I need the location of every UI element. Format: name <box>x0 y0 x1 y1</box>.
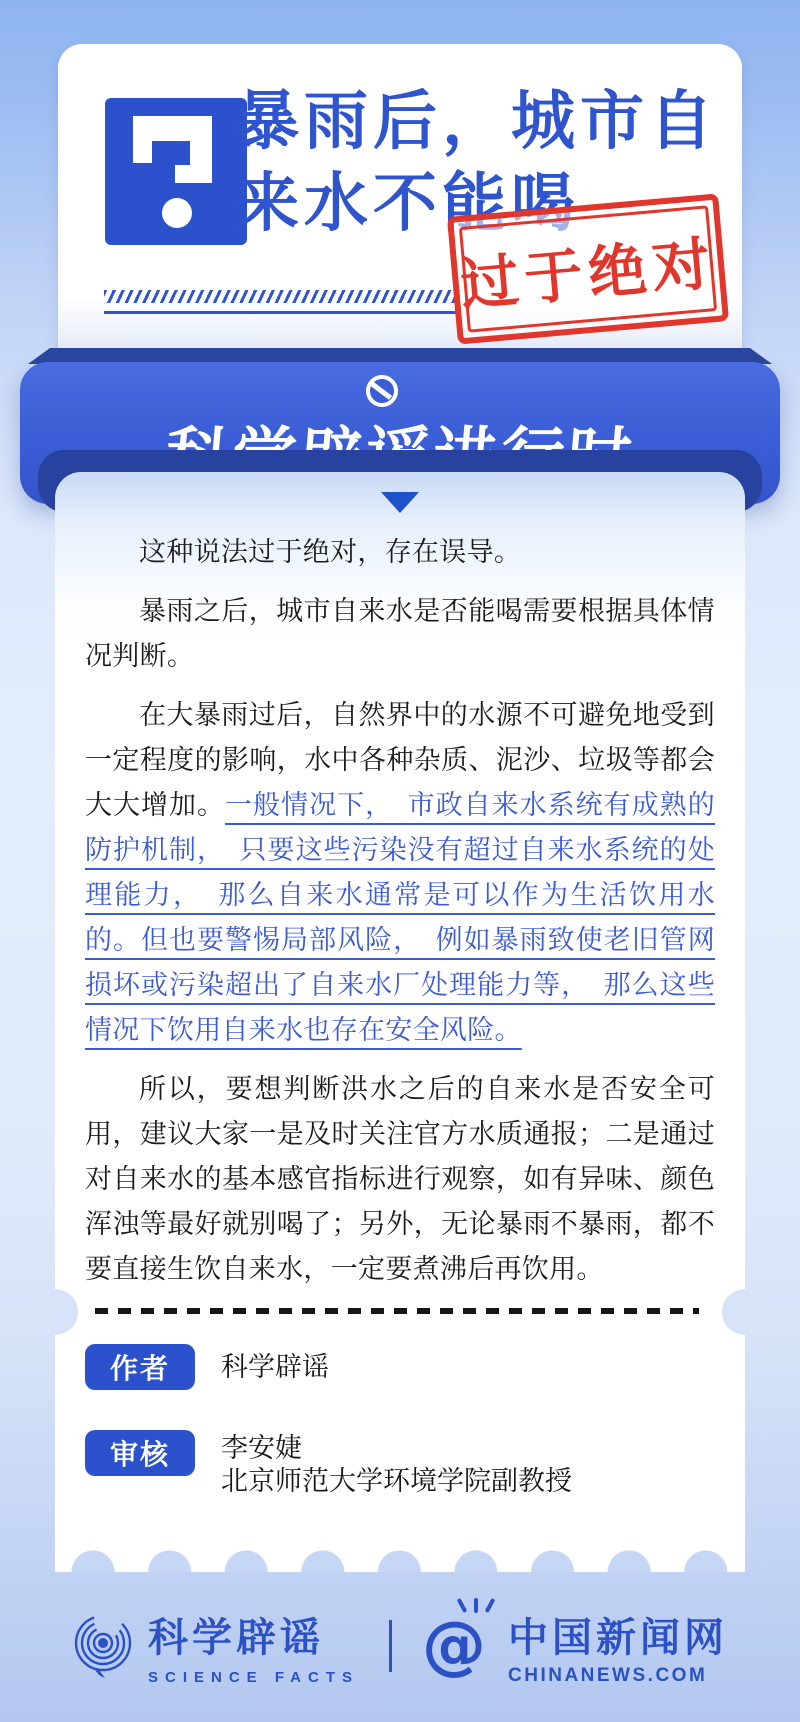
author-label-badge: 作者 <box>85 1344 195 1390</box>
article-body: 这种说法过于绝对，存在误导。 暴雨之后，城市自来水是否能喝需要根据具体情况判断。… <box>85 530 715 1498</box>
science-facts-logo: 科学辟谣 SCIENCE FACTS <box>72 1606 359 1686</box>
paragraph-3: 在大暴雨过后，自然界中的水源不可避免地受到一定程度的影响，水中各种杂质、泥沙、垃… <box>85 693 715 1053</box>
paragraph-3-highlight: 一般情况下， 市政自来水系统有成熟的防护机制， 只要这些污染没有超过自来水系统的… <box>85 790 715 1045</box>
paragraph-2: 暴雨之后，城市自来水是否能喝需要根据具体情况判断。 <box>85 589 715 679</box>
question-mark-icon <box>105 98 247 245</box>
article-card: 这种说法过于绝对，存在误导。 暴雨之后，城市自来水是否能喝需要根据具体情况判断。… <box>55 472 745 1572</box>
reviewer-title: 北京师范大学环境学院副教授 <box>221 1465 572 1498</box>
spiral-eye-icon <box>72 1612 134 1680</box>
verdict-stamp-text: 过于绝对 <box>457 216 719 322</box>
reviewer-row: 审核 李安婕 北京师范大学环境学院副教授 <box>85 1430 715 1498</box>
rule-divider <box>104 311 460 314</box>
scalloped-edge <box>55 1546 745 1572</box>
verdict-stamp: 过于绝对 <box>447 193 729 344</box>
poster-page: 暴雨后，城市自来水不能喝 过于绝对 科学辟谣进行时 这种说法过于绝对，存在误导。… <box>0 0 800 1722</box>
chinanews-logo: @ 中国新闻网 CHINANEWS.COM <box>422 1606 728 1687</box>
paragraph-2-text: 暴雨之后，城市自来水是否能喝需要根据具体情况判断。 <box>85 596 715 671</box>
dashed-divider <box>95 1308 699 1314</box>
footer-logos: 科学辟谣 SCIENCE FACTS @ 中国新闻网 CHINANEWS.COM <box>0 1596 800 1696</box>
paragraph-4-text: 所以，要想判断洪水之后的自来水是否安全可用，建议大家一是及时关注官方水质通报；二… <box>85 1074 715 1284</box>
triangle-down-icon <box>381 492 419 513</box>
footer-divider <box>389 1620 392 1672</box>
reviewer-info: 李安婕 北京师范大学环境学院副教授 <box>221 1430 572 1498</box>
paragraph-4: 所以，要想判断洪水之后的自来水是否安全可用，建议大家一是及时关注官方水质通报；二… <box>85 1067 715 1292</box>
spark-lines-icon <box>458 1598 498 1616</box>
paragraph-1-text: 这种说法过于绝对，存在误导。 <box>139 537 521 567</box>
author-name: 科学辟谣 <box>221 1344 329 1390</box>
author-row: 作者 科学辟谣 <box>85 1344 715 1390</box>
science-facts-name: 科学辟谣 <box>148 1606 324 1663</box>
chinanews-text: 中国新闻网 CHINANEWS.COM <box>508 1606 728 1687</box>
chinanews-subtitle: CHINANEWS.COM <box>508 1665 707 1687</box>
question-mark-glyph <box>105 98 247 245</box>
paragraph-1: 这种说法过于绝对，存在误导。 <box>85 530 715 575</box>
hatch-divider <box>104 290 460 303</box>
science-facts-subtitle: SCIENCE FACTS <box>148 1669 359 1686</box>
at-glyph: @ <box>422 1609 486 1683</box>
at-icon: @ <box>422 1614 486 1678</box>
card-notch-right <box>722 1289 768 1335</box>
card-notch-left <box>32 1289 78 1335</box>
chinanews-name: 中国新闻网 <box>508 1606 728 1663</box>
science-facts-text: 科学辟谣 SCIENCE FACTS <box>148 1606 359 1686</box>
prohibition-icon-bar <box>370 381 392 399</box>
reviewer-name: 李安婕 <box>221 1432 572 1465</box>
verdict-stamp-inner-border: 过于绝对 <box>459 205 717 332</box>
reviewer-label-badge: 审核 <box>85 1430 195 1476</box>
